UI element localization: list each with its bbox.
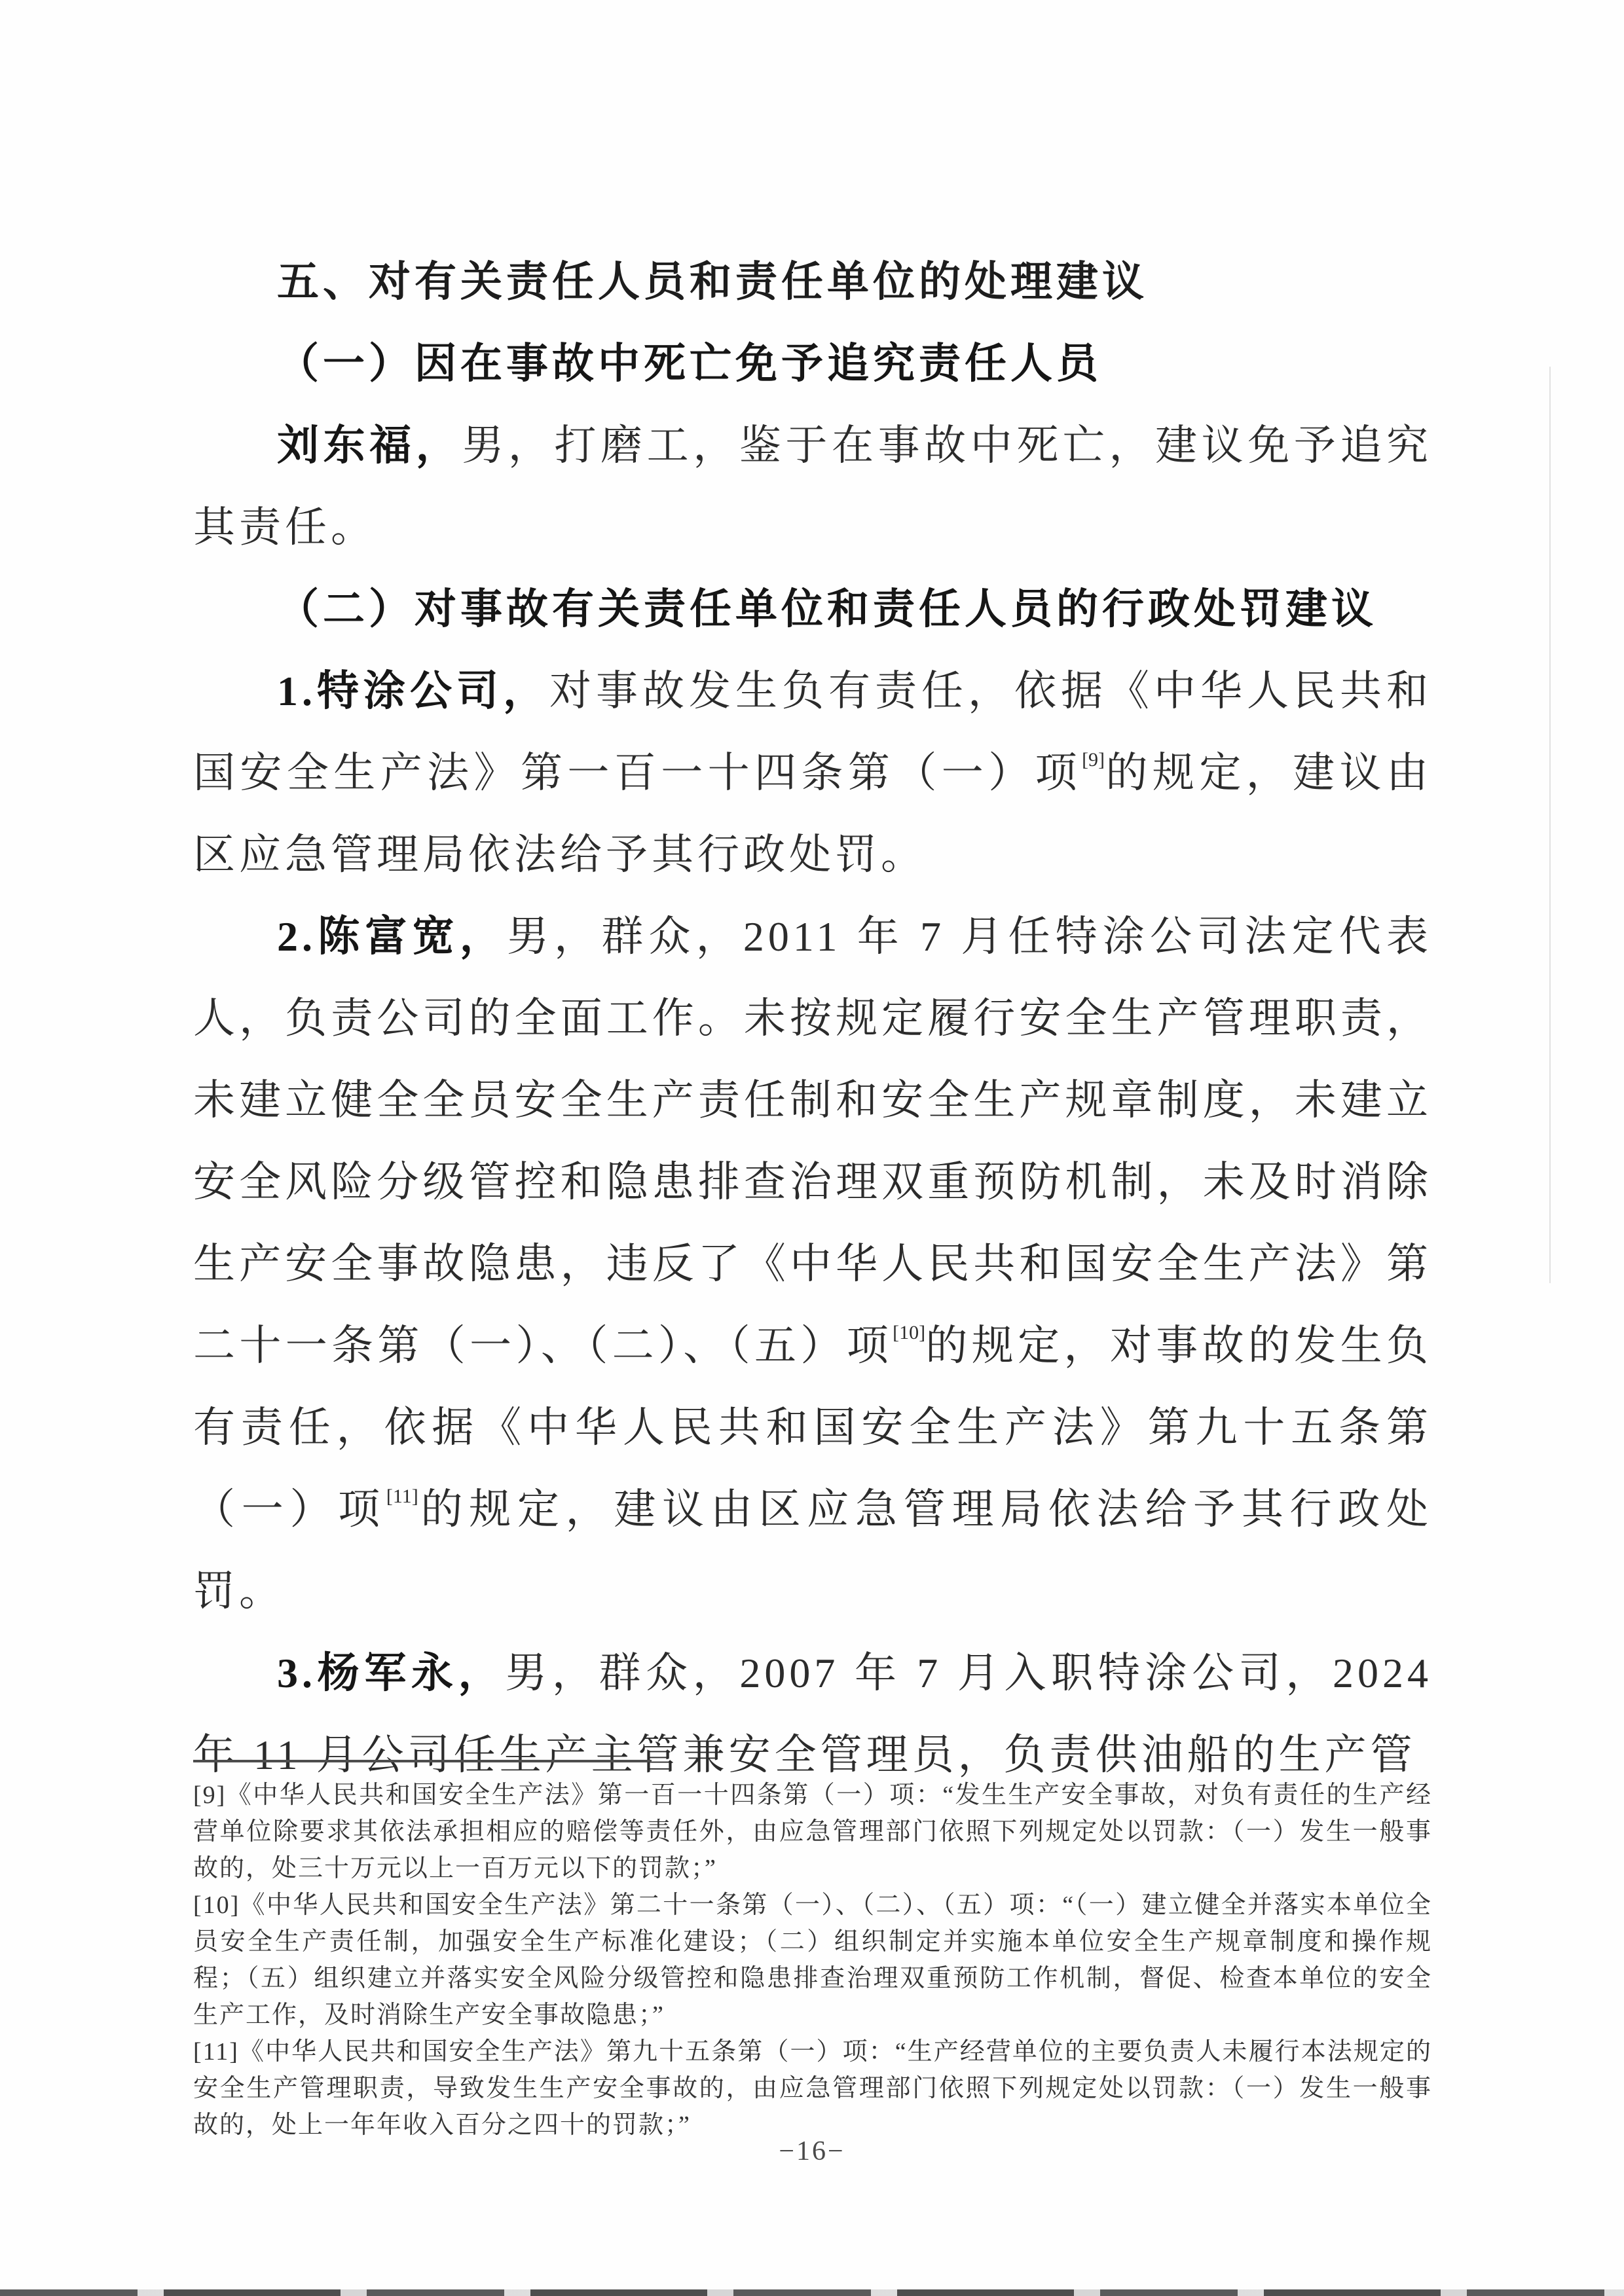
paragraph: 2.陈富宽，男，群众，2011 年 7 月任特涂公司法定代表人，负责公司的全面工… <box>193 896 1432 1632</box>
section-heading: 五、对有关责任人员和责任单位的处理建议 <box>193 241 1432 323</box>
footnote-item: [11]《中华人民共和国安全生产法》第九十五条第（一）项：“生产经营单位的主要负… <box>193 2033 1432 2143</box>
main-content: 五、对有关责任人员和责任单位的处理建议 （一）因在事故中死亡免予追究责任人员刘东… <box>193 241 1432 1796</box>
footnote-list: [9]《中华人民共和国安全生产法》第一百一十四条第（一）项：“发生生产安全事故，… <box>193 1777 1432 2143</box>
page-number: −16− <box>0 2136 1624 2167</box>
footnote-ref: [10] <box>893 1322 925 1343</box>
scan-artifact-strip <box>0 2289 1624 2296</box>
bold-run: 2.陈富宽， <box>277 913 507 960</box>
paragraph: （一）因在事故中死亡免予追究责任人员 <box>193 323 1432 405</box>
scan-edge-streak <box>1549 367 1551 1283</box>
footnote-ref: [11] <box>386 1485 418 1507</box>
text-run: [10]《中华人民共和国安全生产法》第二十一条第（一）、（二）、（五）项：“（一… <box>193 1891 1432 2029</box>
paragraph: 1.特涂公司，对事故发生负有责任，依据《中华人民共和国安全生产法》第一百一十四条… <box>193 650 1432 896</box>
body-paragraphs: （一）因在事故中死亡免予追究责任人员刘东福，男，打磨工，鉴于在事故中死亡，建议免… <box>193 323 1432 1796</box>
footnotes-block: [9]《中华人民共和国安全生产法》第一百一十四条第（一）项：“发生生产安全事故，… <box>193 1760 1432 2143</box>
bold-run: 3.杨军永， <box>277 1650 505 1696</box>
bold-run: （二）对事故有关责任单位和责任人员的行政处罚建议 <box>277 586 1377 632</box>
footnote-item: [10]《中华人民共和国安全生产法》第二十一条第（一）、（二）、（五）项：“（一… <box>193 1887 1432 2033</box>
footnote-item: [9]《中华人民共和国安全生产法》第一百一十四条第（一）项：“发生生产安全事故，… <box>193 1777 1432 1887</box>
footnote-separator <box>193 1760 652 1762</box>
bold-run: 1.特涂公司， <box>277 668 549 714</box>
text-run: [11]《中华人民共和国安全生产法》第九十五条第（一）项：“生产经营单位的主要负… <box>193 2038 1432 2139</box>
paragraph: （二）对事故有关责任单位和责任人员的行政处罚建议 <box>193 568 1432 650</box>
bold-run: （一）因在事故中死亡免予追究责任人员 <box>277 340 1102 387</box>
text-run: 男，群众，2011 年 7 月任特涂公司法定代表人，负责公司的全面工作。未按规定… <box>193 913 1432 1369</box>
paragraph: 刘东福，男，打磨工，鉴于在事故中死亡，建议免予追究其责任。 <box>193 405 1432 568</box>
text-run: [9]《中华人民共和国安全生产法》第一百一十四条第（一）项：“发生生产安全事故，… <box>193 1781 1432 1882</box>
footnote-ref: [9] <box>1082 749 1105 771</box>
document-page: 五、对有关责任人员和责任单位的处理建议 （一）因在事故中死亡免予追究责任人员刘东… <box>0 0 1624 2296</box>
bold-run: 刘东福， <box>277 422 462 469</box>
